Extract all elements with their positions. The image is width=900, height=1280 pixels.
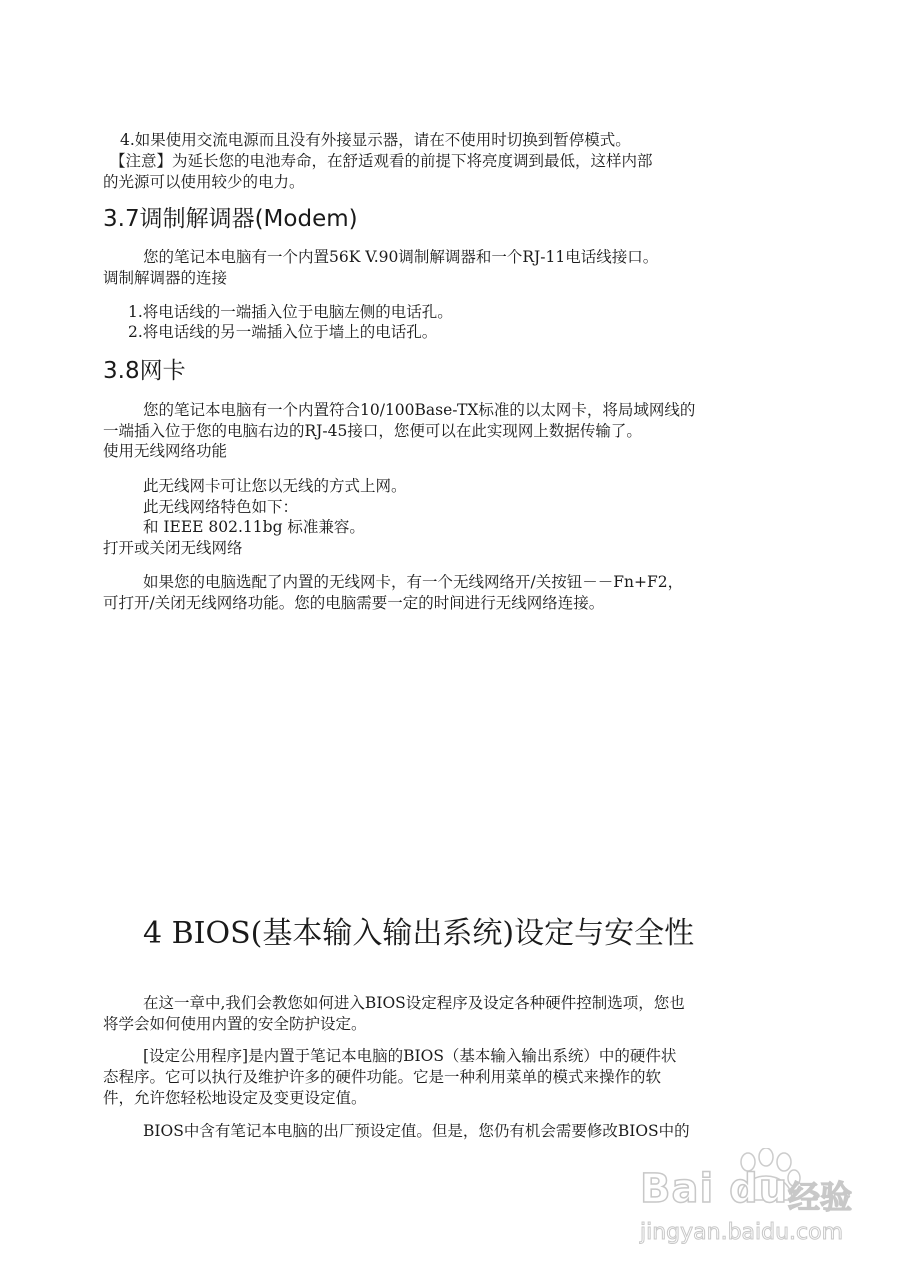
- watermark-logo-cn: 经验: [788, 1172, 852, 1218]
- wireless-line-3: 和 IEEE 802.11bg 标准兼容。: [143, 517, 365, 537]
- wireless-line-1: 此无线网卡可让您以无线的方式上网。: [143, 476, 407, 496]
- wireless-toggle-line-2: 可打开/关闭无线网络功能。您的电脑需要一定的时间进行无线网络连接。: [103, 593, 604, 613]
- modem-paragraph: 您的笔记本电脑有一个内置56K V.90调制解调器和一个RJ-11电话线接口。: [143, 247, 658, 267]
- wireless-subheading: 使用无线网络功能: [103, 441, 227, 461]
- modem-connection-subheading: 调制解调器的连接: [103, 268, 227, 288]
- modem-step-1: 1.将电话线的一端插入位于电脑左侧的电话孔。: [128, 302, 453, 322]
- note-line-1: 【注意】为延长您的电池寿命，在舒适观看的前提下将亮度调到最低，这样内部: [110, 151, 653, 171]
- modem-step-2: 2.将电话线的另一端插入位于墙上的电话孔。: [128, 322, 437, 342]
- lan-paragraph-line-1: 您的笔记本电脑有一个内置符合10/100Base-TX标准的以太网卡，将局域网线…: [143, 400, 695, 420]
- chapter-4-para3-line-1: BIOS中含有笔记本电脑的出厂预设定值。但是，您仍有机会需要修改BIOS中的: [143, 1121, 690, 1141]
- chapter-4-para2-line-3: 件，允许您轻松地设定及变更设定值。: [103, 1088, 367, 1108]
- chapter-4-para1-line-2: 将学会如何使用内置的安全防护设定。: [103, 1014, 367, 1034]
- note-line-2: 的光源可以使用较少的电力。: [103, 172, 305, 192]
- chapter-4-para2-line-2: 态程序。它可以执行及维护许多的硬件功能。它是一种利用菜单的模式来操作的软: [103, 1067, 661, 1087]
- chapter-4-para1-line-1: 在这一章中,我们会教您如何进入BIOS设定程序及设定各种硬件控制选项，您也: [143, 993, 685, 1013]
- chapter-4-para2-line-1: [设定公用程序]是内置于笔记本电脑的BIOS（基本输入输出系统）中的硬件状: [143, 1046, 676, 1066]
- watermark-logo-text: Bai du: [640, 1166, 788, 1212]
- watermark-url: jingyan.baidu.com: [640, 1220, 843, 1245]
- section-3-8-heading: 3.8网卡: [103, 357, 186, 385]
- wireless-line-2: 此无线网络特色如下：: [143, 497, 298, 517]
- wireless-toggle-line-1: 如果您的电脑选配了内置的无线网卡，有一个无线网络开/关按钮－－Fn+F2，: [143, 572, 683, 592]
- chapter-4-title: 4 BIOS(基本输入输出系统)设定与安全性: [143, 916, 694, 952]
- intro-line-1: 4.如果使用交流电源而且没有外接显示器，请在不使用时切换到暂停模式。: [120, 130, 631, 150]
- wireless-toggle-subheading: 打开或关闭无线网络: [103, 538, 243, 558]
- baidu-jingyan-watermark: Bai du 经验 jingyan.baidu.com: [640, 1148, 880, 1248]
- section-3-7-heading: 3.7调制解调器(Modem): [103, 205, 358, 233]
- lan-paragraph-line-2: 一端插入位于您的电脑右边的RJ-45接口，您便可以在此实现网上数据传输了。: [103, 421, 642, 441]
